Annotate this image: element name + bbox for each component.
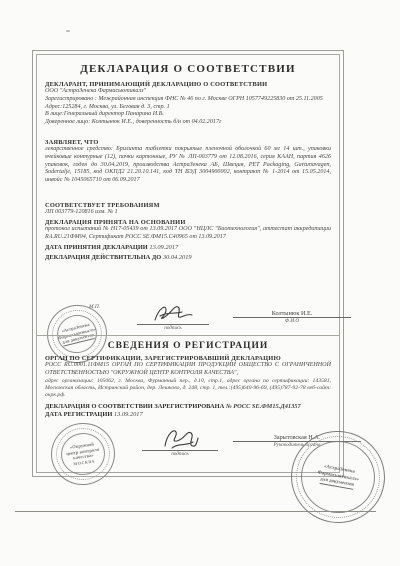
registration-section-title: СВЕДЕНИЯ О РЕГИСТРАЦИИ xyxy=(37,341,339,351)
valid-until-line: ДЕКЛАРАЦИЯ ДЕЙСТВИТЕЛЬНА ДО 30.04.2019 xyxy=(45,254,331,261)
cert-body-name: РОСС RU.0001.11ФМ15 ОРГАН ПО СЕРТИФИКАЦИ… xyxy=(45,362,331,378)
signature-stroke-icon xyxy=(151,302,195,326)
cert-body-header: ОРГАН ПО СЕРТИФИКАЦИИ, ЗАРЕГИСТРИРОВАВШИ… xyxy=(45,355,331,362)
registered-label: ДЕКЛАРАЦИЯ О СООТВЕТСТВИИ ЗАРЕГИСТРИРОВА… xyxy=(45,403,224,410)
adoption-date-value: 13.09.2017 xyxy=(149,244,178,251)
declarant-attorney: Доверенное лицо: Колтынюк И.Е., доверенн… xyxy=(45,119,331,127)
section-divider xyxy=(37,335,339,336)
certification-body-stamp: «Окружной центр контроля качества» МОСКВ… xyxy=(47,419,119,489)
compliance-header: СООТВЕТСТВУЕТ ТРЕБОВАНИЯМ xyxy=(45,202,331,209)
document-frame: ДЕКЛАРАЦИЯ О СООТВЕТСТВИИ ДЕКЛАРАНТ, ПРИ… xyxy=(32,50,344,477)
declarant-header: ДЕКЛАРАНТ, ПРИНИМАЮЩИЙ ДЕКЛАРАЦИЮ О СООТ… xyxy=(45,81,331,88)
valid-until-label: ДЕКЛАРАЦИЯ ДЕЙСТВИТЕЛЬНА ДО xyxy=(45,254,161,261)
scan-artifact xyxy=(66,30,70,32)
statement-header: ЗАЯВЛЯЕТ, ЧТО xyxy=(45,139,331,146)
page-bottom-rule xyxy=(15,511,376,512)
statement-text: лекарственное средство: Брилинта таблетк… xyxy=(45,146,331,185)
signature-caption: подпись xyxy=(142,451,218,457)
declarant-signer-name: Колтынюк И.Е. xyxy=(233,310,351,317)
signature-caption: подпись xyxy=(137,325,209,331)
adoption-date-label: ДАТА ПРИНЯТИЯ ДЕКЛАРАЦИИ xyxy=(45,244,148,251)
registered-line: ДЕКЛАРАЦИЯ О СООТВЕТСТВИИ ЗАРЕГИСТРИРОВА… xyxy=(45,403,331,410)
signature-stroke-icon xyxy=(160,426,200,452)
registration-date-value: 13.09.2017 xyxy=(114,411,143,418)
declarant-company: ООО "АстраЗенека Фармасьютикалз" xyxy=(45,88,331,96)
compliance-requirement: ЛП 003779-120816 изм. № 1 xyxy=(45,209,331,217)
declarant-registration: Зарегистрировано : Межрайонная инспекция… xyxy=(45,96,331,104)
valid-until-value: 30.04.2019 xyxy=(163,254,192,261)
basis-header: ДЕКЛАРАЦИЯ ПРИНЯТА НА ОСНОВАНИИ xyxy=(45,219,331,226)
registration-date-line: ДАТА РЕГИСТРАЦИИ 13.09.2017 xyxy=(45,411,331,418)
declarant-signature: подпись xyxy=(137,302,209,331)
cert-body-address: адрес организации: 105062, г. Москва, Фу… xyxy=(45,378,331,400)
registration-block: ОРГАН ПО СЕРТИФИКАЦИИ, ЗАРЕГИСТРИРОВАВШИ… xyxy=(45,355,331,418)
declarant-name-block: Колтынюк И.Е. Ф.И.О xyxy=(233,310,351,324)
name-caption: Ф.И.О xyxy=(233,318,351,324)
basis-text: протокол испытаний № Н17-05439 от 13.09.… xyxy=(45,226,331,242)
document-frame-inner: ДЕКЛАРАЦИЯ О СООТВЕТСТВИИ ДЕКЛАРАНТ, ПРИ… xyxy=(36,54,340,473)
registered-number: № РОСС SE.ФМ15.Д41357 xyxy=(226,403,301,410)
adoption-date-line: ДАТА ПРИНЯТИЯ ДЕКЛАРАЦИИ 13.09.2017 xyxy=(45,244,331,251)
document-title: ДЕКЛАРАЦИЯ О СООТВЕТСТВИИ xyxy=(45,63,331,75)
registration-date-label: ДАТА РЕГИСТРАЦИИ xyxy=(45,411,112,418)
registrar-signature: подпись xyxy=(142,426,218,457)
scanned-declaration-page: { "doc": { "title": "ДЕКЛАРАЦИЯ О СООТВЕ… xyxy=(0,0,400,566)
